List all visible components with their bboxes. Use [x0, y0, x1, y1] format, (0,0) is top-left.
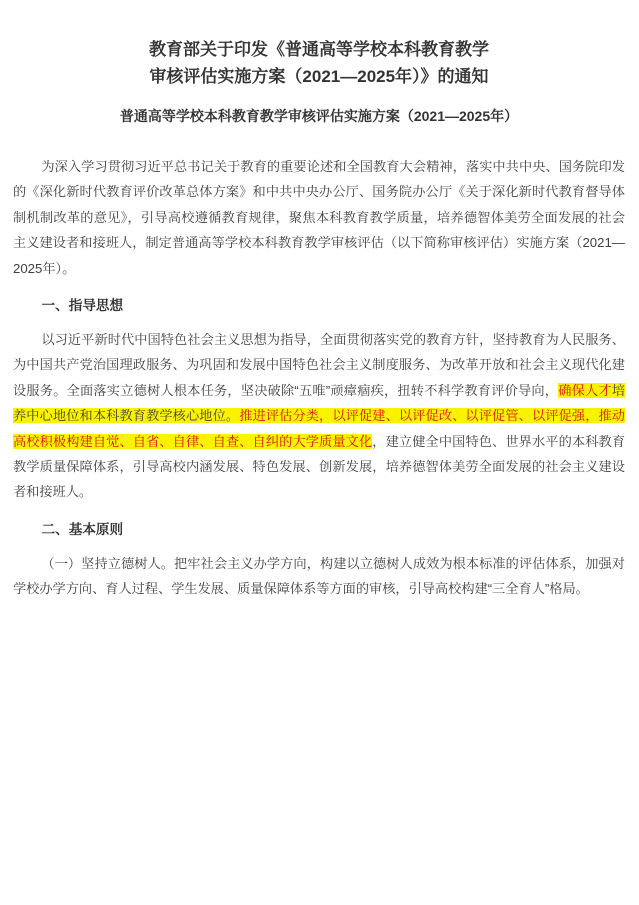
document-title-line-2: 审核评估实施方案（2021—2025年）》的通知	[149, 67, 488, 86]
document-title: 教育部关于印发《普通高等学校本科教育教学 审核评估实施方案（2021—2025年…	[13, 36, 625, 90]
section-heading-basic-principles: 二、基本原则	[13, 517, 625, 542]
paragraph-guiding-ideology: 以习近平新时代中国特色社会主义思想为指导，全面贯彻落实党的教育方针，坚持教育为人…	[13, 327, 625, 505]
document-body: 为深入学习贯彻习近平总书记关于教育的重要论述和全国教育大会精神，落实中共中央、国…	[13, 154, 625, 602]
document-subtitle: 普通高等学校本科教育教学审核评估实施方案（2021—2025年）	[13, 106, 625, 126]
document-page: 教育部关于印发《普通高等学校本科教育教学 审核评估实施方案（2021—2025年…	[0, 0, 639, 905]
text-segment: 以习近平新时代中国特色社会主义思想为指导，全面贯彻落实党的教育方针，坚持教育为人…	[13, 332, 625, 398]
paragraph-intro: 为深入学习贯彻习近平总书记关于教育的重要论述和全国教育大会精神，落实中共中央、国…	[13, 154, 625, 281]
paragraph-basic-principles: （一）坚持立德树人。把牢社会主义办学方向，构建以立德树人成效为根本标准的评估体系…	[13, 551, 625, 602]
document-title-line-1: 教育部关于印发《普通高等学校本科教育教学	[149, 40, 489, 59]
section-heading-guiding-ideology: 一、指导思想	[13, 293, 625, 318]
highlighted-red-text-segment: 确保人才	[558, 383, 612, 398]
